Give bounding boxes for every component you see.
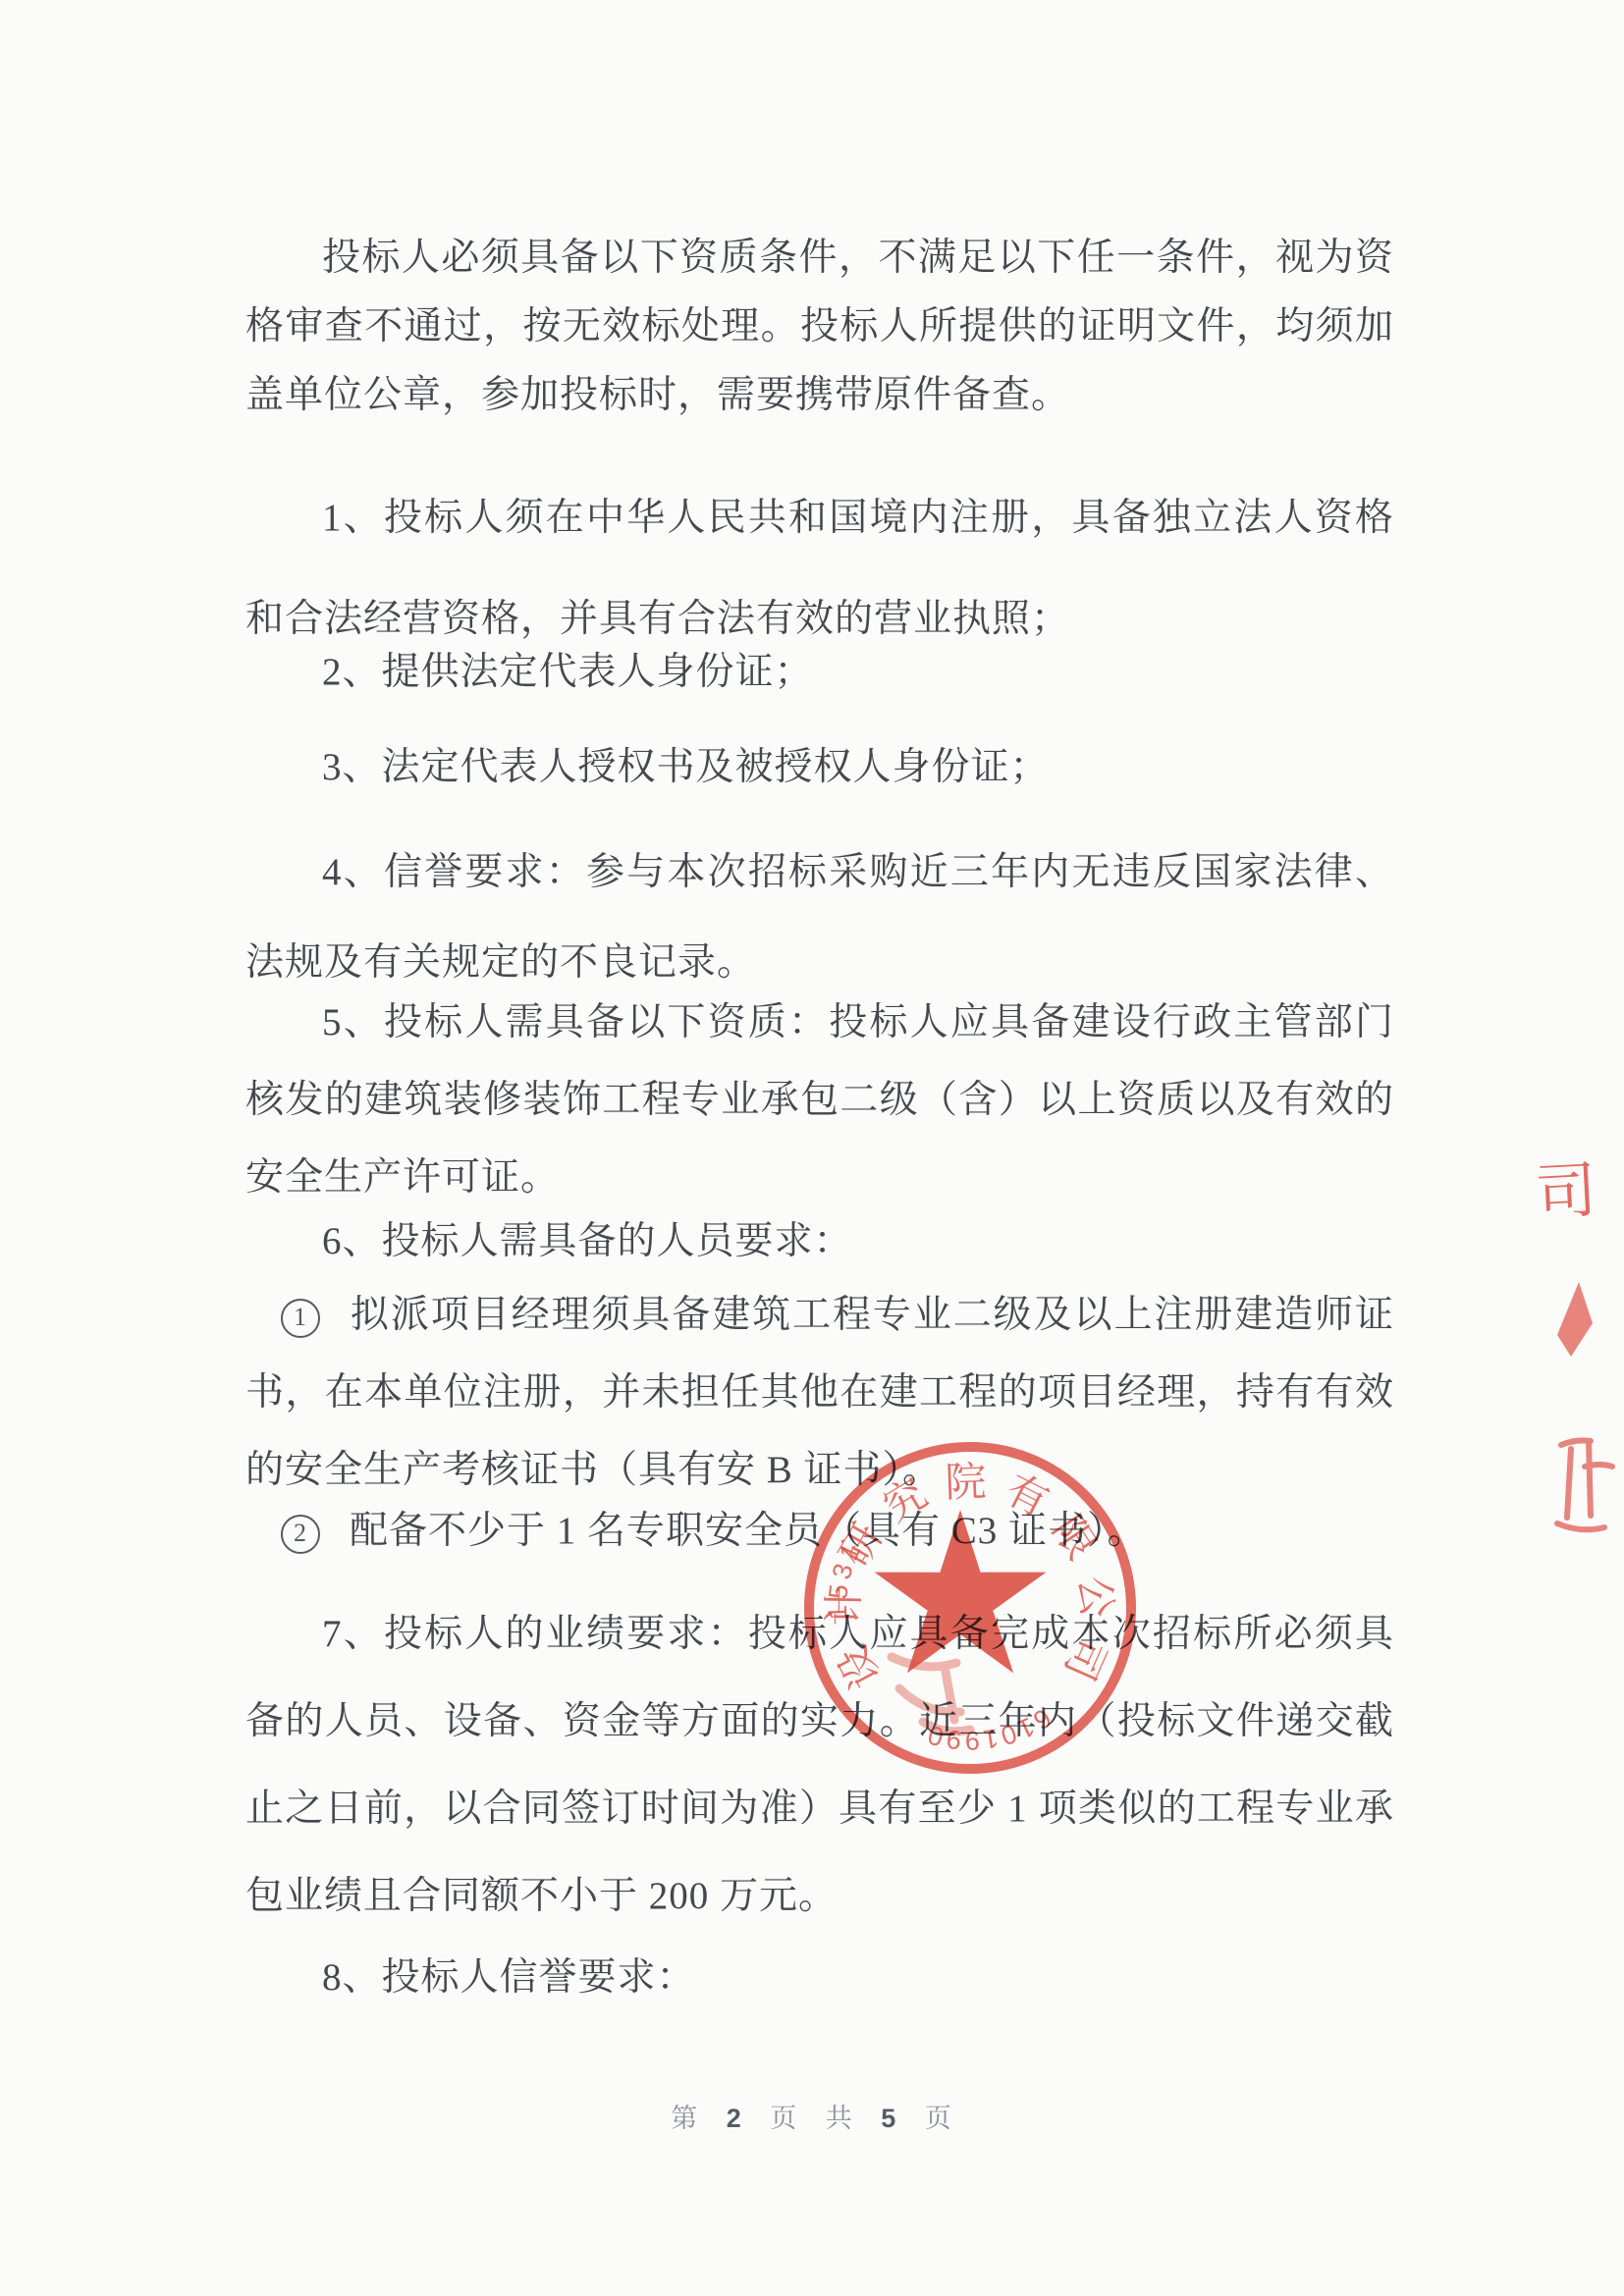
seal-inner-illegible-marks: [892, 1657, 970, 1732]
footer-word: 页: [770, 2104, 798, 2133]
company-seal-stamp: 设 计 研 究 院 有 限 公 司 6 1 0 1 9 9 0 1 5 3 1: [797, 1435, 1143, 1781]
item-4: 4、信誉要求：参与本次招标采购近三年内无违反国家法律、法规及有关规定的不良记录。: [245, 828, 1394, 1008]
partial-char-fragment: [1557, 1441, 1612, 1530]
footer-word: 页: [925, 2104, 953, 2133]
partial-star-fragment: [1557, 1282, 1593, 1357]
seal-arc-char: 究: [876, 1470, 935, 1531]
seal-serial-digit: 1: [981, 1723, 1001, 1754]
seal-arc-char: 限: [1043, 1509, 1104, 1569]
seal-serial-digit: 1: [823, 1605, 853, 1621]
item-8: 8、投标人信誉要求：: [245, 1944, 1394, 2012]
edge-stamp-char: 司: [1534, 1160, 1597, 1224]
footer-word: 第: [671, 2104, 699, 2133]
item-2: 2、提供法定代表人身份证；: [245, 638, 1394, 707]
paragraph-intro: 投标人必须具备以下资质条件，不满足以下任一条件，视为资格审查不通过，按无效标处理…: [245, 224, 1394, 430]
seal-arc-char: 有: [998, 1468, 1055, 1526]
seal-arc-char: 设: [831, 1637, 890, 1695]
scanned-document-page: 投标人必须具备以下资质条件，不满足以下任一条件，视为资格审查不通过，按无效标处理…: [0, 0, 1624, 2296]
footer-page-number: 2: [727, 2104, 743, 2133]
seal-arc-char: 公: [1070, 1575, 1118, 1620]
seal-arc-char: 院: [945, 1460, 988, 1506]
seal-arc-char: 司: [1055, 1630, 1112, 1686]
circled-1-marker: 1: [281, 1299, 320, 1338]
footer-word: 共: [826, 2104, 854, 2133]
star-icon: [875, 1510, 1047, 1673]
footer-total-pages: 5: [881, 2104, 897, 2133]
page-number-footer: 第 2 页 共 5 页: [0, 2097, 1624, 2135]
edge-stamp-fragments: [1528, 1266, 1624, 1590]
circled-2-marker: 2: [281, 1515, 320, 1554]
item-6: 6、投标人需具备的人员要求：: [245, 1207, 1394, 1276]
item-3: 3、法定代表人授权书及被授权人身份证；: [245, 733, 1394, 802]
item-5: 5、投标人需具备以下资质：投标人应具备建设行政主管部门核发的建筑装修装饰工程专业…: [245, 984, 1394, 1216]
edge-partial-stamp: 司: [1528, 1148, 1624, 1561]
